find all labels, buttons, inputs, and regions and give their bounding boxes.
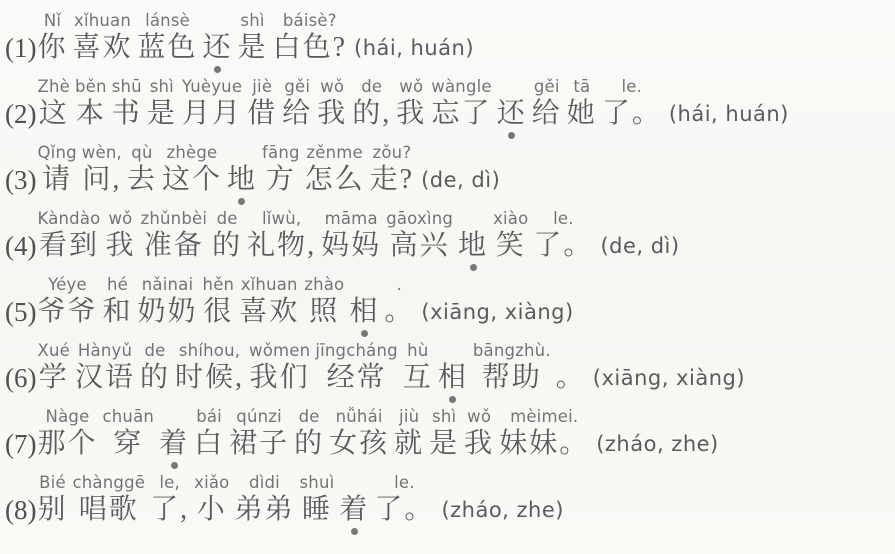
item-number: (2) — [5, 76, 36, 139]
word-unit: zǒu?走? — [370, 142, 414, 205]
pinyin-text: xiǎo — [194, 472, 229, 493]
item-number: (8) — [5, 472, 36, 535]
word-unit: le.了。 — [602, 76, 662, 139]
hanzi-text: 白 — [194, 427, 224, 461]
hanzi-text: 很 — [203, 295, 233, 329]
pinyin-text: bái — [196, 406, 222, 427]
word-unit: gěi给 — [532, 76, 562, 139]
pinyin-text: hé — [107, 274, 128, 295]
word-unit: de的, — [352, 76, 391, 139]
word-unit: .。 — [384, 274, 414, 337]
hanzi-text: 喜欢 — [239, 295, 299, 329]
hanzi-text: 弟弟 — [234, 493, 294, 527]
hanzi-text: 的 — [212, 229, 242, 263]
hanzi-text: 高兴 — [390, 229, 450, 263]
word-unit: wǒ我 — [396, 76, 426, 139]
pinyin-text: wèn, — [82, 142, 122, 163]
hanzi-text: 我 — [105, 229, 135, 263]
pinyin-text: wǒ — [399, 76, 423, 97]
answer-choices: (zháo, zhe) — [596, 406, 719, 469]
word-unit: fāng方 — [262, 142, 300, 205]
pinyin-text: wàngle — [431, 76, 491, 97]
word-unit: lǐwù,礼物, — [247, 208, 316, 271]
word-unit: xǐhuan喜欢 — [239, 274, 299, 337]
exercise-item: (7)Nàge那个chuān穿着bái白qúnzi裙子de的nǚhái女孩jiù… — [5, 406, 893, 470]
word-unit: xiǎo小 — [194, 472, 229, 535]
word-unit: Qǐng请 — [37, 142, 76, 205]
word-unit: shì是 — [238, 10, 268, 73]
hanzi-text: (4) — [5, 229, 36, 263]
hanzi-text: 女孩 — [329, 427, 389, 461]
item-number: (3) — [5, 142, 36, 205]
pinyin-text: shuì — [300, 472, 335, 493]
pinyin-text: hěn — [203, 274, 235, 295]
pinyin-text: xǐhuan — [74, 10, 131, 31]
worksheet-page: (1)Nǐ你xǐhuan喜欢lánsè蓝色还shì是báisè?白色?(hái,… — [0, 0, 895, 536]
pinyin-text: jiè — [252, 76, 272, 97]
word-unit: 地 — [458, 208, 488, 271]
pinyin-text: zhège — [167, 142, 218, 163]
pinyin-text: Nǐ — [44, 10, 61, 31]
word-unit: Xué学 — [37, 340, 70, 403]
answer-choices: (de, dì) — [600, 208, 679, 271]
word-unit: māma妈妈 — [321, 208, 381, 271]
hanzi-text: 准备 — [144, 229, 204, 263]
hanzi-text: 睡 — [302, 493, 332, 527]
hanzi-text: 爷爷 — [37, 295, 97, 329]
hanzi-text: 方 — [266, 163, 296, 197]
exercise-item: (8)Bié别chànggē唱歌le,了,xiǎo小dìdi弟弟shuì睡着le… — [5, 472, 893, 536]
pinyin-text: qúnzi — [236, 406, 282, 427]
word-unit: 相 — [349, 274, 379, 337]
hanzi-text: (7) — [5, 427, 36, 461]
word-unit: báisè?白色? — [273, 10, 347, 73]
word-unit: zhào照 — [304, 274, 344, 337]
word-unit: wǒ我 — [317, 76, 347, 139]
hanzi-text: (zháo, zhe) — [596, 427, 719, 461]
pinyin-text: gěi — [534, 76, 560, 97]
word-unit: hé和 — [103, 274, 133, 337]
hanzi-text: 的 — [140, 361, 170, 395]
pinyin-text: le, — [159, 472, 180, 493]
hanzi-text: 裙子 — [229, 427, 289, 461]
exercise-item: (5)Yéye爷爷hé和nǎinai奶奶hěn很xǐhuan喜欢zhào照相.。… — [5, 274, 893, 338]
hanzi-text: 互 — [403, 361, 433, 395]
pinyin-text: dìdi — [249, 472, 280, 493]
hanzi-text: 汉语 — [75, 361, 135, 395]
pinyin-text: zěnme — [306, 142, 363, 163]
word-unit: hěn很 — [203, 274, 235, 337]
word-unit: Kàndào看到 — [37, 208, 100, 271]
answer-choices: (xiāng, xiàng) — [593, 340, 745, 403]
hanzi-text: (hái, huán) — [354, 31, 474, 65]
hanzi-text: (1) — [5, 31, 36, 65]
hanzi-text: 唱歌 — [79, 493, 139, 527]
word-unit: 着 — [339, 472, 369, 535]
pinyin-text: wǒ — [320, 76, 344, 97]
word-unit: de的 — [294, 406, 324, 469]
item-number: (1) — [5, 10, 36, 73]
word-unit: mèimei.妹妹。 — [499, 406, 589, 469]
pinyin-text: mèimei. — [510, 406, 578, 427]
exercise-item: (6)Xué学Hànyǔ汉语de的shíhou,时候,wǒmen我们jīngch… — [5, 340, 893, 404]
hanzi-text: 相 — [349, 295, 379, 329]
word-unit: Hànyǔ汉语 — [75, 340, 135, 403]
answer-choices: (hái, huán) — [669, 76, 789, 139]
word-unit: 着 — [159, 406, 189, 469]
emphasis-dot — [361, 330, 368, 337]
word-unit: bái白 — [194, 406, 224, 469]
word-unit: de的 — [212, 208, 242, 271]
pinyin-text: . — [397, 274, 402, 295]
emphasis-dot — [214, 66, 221, 73]
answer-choices: (xiāng, xiàng) — [421, 274, 573, 337]
word-unit: bāngzhù.帮助 — [473, 340, 551, 403]
hanzi-text: (de, dì) — [600, 229, 679, 263]
hanzi-text: 学 — [39, 361, 69, 395]
pinyin-text: chànggē — [73, 472, 146, 493]
emphasis-dot — [449, 396, 456, 403]
hanzi-text: 穿 — [113, 427, 143, 461]
word-unit: wǒmen我们 — [249, 340, 310, 403]
item-number: (6) — [5, 340, 36, 403]
word-unit: qù去 — [127, 142, 157, 205]
word-unit: Yuèyue月月 — [182, 76, 242, 139]
word-unit: tā她 — [567, 76, 597, 139]
hanzi-text: 相 — [438, 361, 468, 395]
item-number: (5) — [5, 274, 36, 337]
word-unit: zěnme怎么 — [305, 142, 365, 205]
hanzi-text: (8) — [5, 493, 36, 527]
pinyin-text: nǚhái — [336, 406, 383, 427]
word-unit: shū书 — [112, 76, 142, 139]
hanzi-text: 喜欢 — [73, 31, 133, 65]
hanzi-text: 她 — [567, 97, 597, 131]
pinyin-text: Kàndào — [37, 208, 100, 229]
word-unit: hù互 — [403, 340, 433, 403]
hanzi-text: 帮助 — [482, 361, 542, 395]
pinyin-text: běn — [75, 76, 107, 97]
pinyin-text: báisè? — [283, 10, 337, 31]
pinyin-text: Bié — [39, 472, 66, 493]
pinyin-text: de — [217, 208, 238, 229]
hanzi-text: 我 — [317, 97, 347, 131]
hanzi-text: (6) — [5, 361, 36, 395]
hanzi-text: 请 — [42, 163, 72, 197]
hanzi-text: 的 — [294, 427, 324, 461]
pinyin-text: shíhou, — [179, 340, 240, 361]
hanzi-text: 怎么 — [305, 163, 365, 197]
hanzi-text: 照 — [309, 295, 339, 329]
hanzi-text: 看到 — [39, 229, 99, 263]
pinyin-text: de — [299, 406, 320, 427]
word-unit: shíhou,时候, — [175, 340, 244, 403]
hanzi-text: 这 — [39, 97, 69, 131]
hanzi-text: 地 — [227, 163, 257, 197]
hanzi-text: (5) — [5, 295, 36, 329]
hanzi-text: 了。 — [374, 493, 434, 527]
pinyin-text: wǒ — [467, 406, 491, 427]
hanzi-text: 问, — [82, 163, 121, 197]
pinyin-text: le. — [553, 208, 574, 229]
hanzi-text: 时候, — [175, 361, 244, 395]
pinyin-text: shì — [150, 76, 174, 97]
pinyin-text: de — [361, 76, 382, 97]
hanzi-text: 和 — [103, 295, 133, 329]
pinyin-text: gěi — [284, 76, 310, 97]
word-unit: de的 — [140, 340, 170, 403]
word-unit: wàngle忘了 — [431, 76, 491, 139]
word-unit: Bié别 — [37, 472, 67, 535]
word-unit: dìdi弟弟 — [234, 472, 294, 535]
word-unit: Yéye爷爷 — [37, 274, 97, 337]
word-unit: chuān穿 — [103, 406, 155, 469]
hanzi-text: 借 — [247, 97, 277, 131]
exercise-item: (3)Qǐng请wèn,问,qù去zhège这个地fāng方zěnme怎么zǒu… — [5, 142, 893, 206]
pinyin-text: xǐhuan — [241, 274, 298, 295]
pinyin-text: Yéye — [48, 274, 87, 295]
emphasis-dot — [351, 528, 358, 535]
hanzi-text: (2) — [5, 97, 36, 131]
hanzi-text: 着 — [339, 493, 369, 527]
word-unit: jiè借 — [247, 76, 277, 139]
pinyin-text: shì — [432, 406, 456, 427]
word-unit: zhǔnbèi准备 — [140, 208, 207, 271]
hanzi-text: 奶奶 — [138, 295, 198, 329]
hanzi-text: 是 — [147, 97, 177, 131]
word-unit: xiào笑 — [493, 208, 528, 271]
word-unit: běn本 — [75, 76, 107, 139]
pinyin-text: de — [145, 340, 166, 361]
hanzi-text: 经常 — [327, 361, 387, 395]
hanzi-text: 给 — [282, 97, 312, 131]
pinyin-text: shì — [240, 10, 264, 31]
pinyin-text: tā — [573, 76, 590, 97]
hanzi-text: 着 — [159, 427, 189, 461]
pinyin-text: fāng — [262, 142, 300, 163]
hanzi-text: 是 — [429, 427, 459, 461]
hanzi-text: 笑 — [496, 229, 526, 263]
word-unit: le,了, — [150, 472, 189, 535]
pinyin-text: nǎinai — [142, 274, 194, 295]
exercise-list: (1)Nǐ你xǐhuan喜欢lánsè蓝色还shì是báisè?白色?(hái,… — [5, 10, 893, 536]
pinyin-text: lánsè — [145, 10, 190, 31]
word-unit: qúnzi裙子 — [229, 406, 289, 469]
word-unit: jiù就 — [394, 406, 424, 469]
word-unit: 还 — [497, 76, 527, 139]
word-unit: shì是 — [429, 406, 459, 469]
word-unit: xǐhuan喜欢 — [73, 10, 133, 73]
hanzi-text: 去 — [127, 163, 157, 197]
pinyin-text: xiào — [493, 208, 528, 229]
word-unit: chànggē唱歌 — [73, 472, 146, 535]
word-unit: Zhè这 — [37, 76, 70, 139]
pinyin-text: wǒmen — [249, 340, 310, 361]
hanzi-text: 礼物, — [247, 229, 316, 263]
pinyin-text: le. — [394, 472, 415, 493]
pinyin-text: bāngzhù. — [473, 340, 551, 361]
pinyin-text: zhǔnbèi — [140, 208, 207, 229]
hanzi-text: 地 — [458, 229, 488, 263]
word-unit: nǎinai奶奶 — [138, 274, 198, 337]
word-unit: gāoxìng高兴 — [386, 208, 453, 271]
hanzi-text: 了, — [150, 493, 189, 527]
pinyin-text: Qǐng — [37, 142, 76, 163]
answer-choices: (zháo, zhe) — [441, 472, 564, 535]
emphasis-dot — [508, 132, 515, 139]
hanzi-text: 我 — [464, 427, 494, 461]
hanzi-text: 是 — [238, 31, 268, 65]
hanzi-text: 那个 — [37, 427, 97, 461]
hanzi-text: 就 — [394, 427, 424, 461]
hanzi-text: 给 — [532, 97, 562, 131]
pinyin-text: hù — [407, 340, 428, 361]
hanzi-text: 。 — [556, 361, 586, 395]
pinyin-text: lǐwù, — [262, 208, 301, 229]
hanzi-text: (xiāng, xiàng) — [421, 295, 573, 329]
word-unit: le.了。 — [533, 208, 593, 271]
word-unit: wèn,问, — [82, 142, 122, 205]
hanzi-text: 妈妈 — [321, 229, 381, 263]
emphasis-dot — [470, 264, 477, 271]
hanzi-text: 还 — [497, 97, 527, 131]
pinyin-text: jīngcháng — [315, 340, 397, 361]
hanzi-text: 书 — [112, 97, 142, 131]
item-number: (4) — [5, 208, 36, 271]
word-unit: wǒ我 — [105, 208, 135, 271]
word-unit: 。 — [556, 340, 586, 403]
pinyin-text: Xué — [37, 340, 70, 361]
hanzi-text: 妹妹。 — [499, 427, 589, 461]
hanzi-text: (zháo, zhe) — [441, 493, 564, 527]
hanzi-text: 你 — [37, 31, 67, 65]
emphasis-dot — [238, 198, 245, 205]
word-unit: shuì睡 — [300, 472, 335, 535]
word-unit: lánsè蓝色 — [138, 10, 198, 73]
hanzi-text: 蓝色 — [138, 31, 198, 65]
word-unit: le.了。 — [374, 472, 434, 535]
hanzi-text: 别 — [37, 493, 67, 527]
pinyin-text: zǒu? — [373, 142, 412, 163]
word-unit: 相 — [438, 340, 468, 403]
hanzi-text: 走? — [370, 163, 414, 197]
hanzi-text: (de, dì) — [421, 163, 500, 197]
emphasis-dot — [171, 462, 178, 469]
word-unit: Nǐ你 — [37, 10, 67, 73]
answer-choices: (hái, huán) — [354, 10, 474, 73]
hanzi-text: 还 — [203, 31, 233, 65]
word-unit: zhège这个 — [162, 142, 222, 205]
exercise-item: (2)Zhè这běn本shū书shì是Yuèyue月月jiè借gěi给wǒ我de… — [5, 76, 893, 140]
word-unit: shì是 — [147, 76, 177, 139]
pinyin-text: zhào — [304, 274, 344, 295]
pinyin-text: le. — [622, 76, 643, 97]
pinyin-text: māma — [325, 208, 378, 229]
pinyin-text: chuān — [103, 406, 155, 427]
answer-choices: (de, dì) — [421, 142, 500, 205]
word-unit: gěi给 — [282, 76, 312, 139]
hanzi-text: 忘了 — [432, 97, 492, 131]
pinyin-text: gāoxìng — [386, 208, 453, 229]
hanzi-text: 我 — [396, 97, 426, 131]
exercise-item: (1)Nǐ你xǐhuan喜欢lánsè蓝色还shì是báisè?白色?(hái,… — [5, 10, 893, 74]
hanzi-text: 了。 — [533, 229, 593, 263]
word-unit: 还 — [203, 10, 233, 73]
hanzi-text: 这个 — [162, 163, 222, 197]
word-unit: nǚhái女孩 — [329, 406, 389, 469]
hanzi-text: 了。 — [602, 97, 662, 131]
hanzi-text: 小 — [197, 493, 227, 527]
pinyin-text: Hànyǔ — [78, 340, 132, 361]
word-unit: wǒ我 — [464, 406, 494, 469]
hanzi-text: 。 — [384, 295, 414, 329]
pinyin-text: Yuèyue — [182, 76, 242, 97]
hanzi-text: 的, — [352, 97, 391, 131]
pinyin-text: Zhè — [37, 76, 70, 97]
hanzi-text: 白色? — [273, 31, 347, 65]
pinyin-text: wǒ — [108, 208, 132, 229]
word-unit: Nàge那个 — [37, 406, 97, 469]
pinyin-text: shū — [112, 76, 142, 97]
pinyin-text: qù — [131, 142, 152, 163]
word-unit: 地 — [227, 142, 257, 205]
hanzi-text: 我们 — [250, 361, 310, 395]
hanzi-text: 月月 — [182, 97, 242, 131]
hanzi-text: (hái, huán) — [669, 97, 789, 131]
hanzi-text: 本 — [76, 97, 106, 131]
word-unit: jīngcháng经常 — [315, 340, 397, 403]
item-number: (7) — [5, 406, 36, 469]
exercise-item: (4)Kàndào看到wǒ我zhǔnbèi准备de的lǐwù,礼物,māma妈妈… — [5, 208, 893, 272]
pinyin-text: jiù — [399, 406, 419, 427]
pinyin-text: Nàge — [46, 406, 90, 427]
hanzi-text: (xiāng, xiàng) — [593, 361, 745, 395]
hanzi-text: (3) — [5, 163, 36, 197]
